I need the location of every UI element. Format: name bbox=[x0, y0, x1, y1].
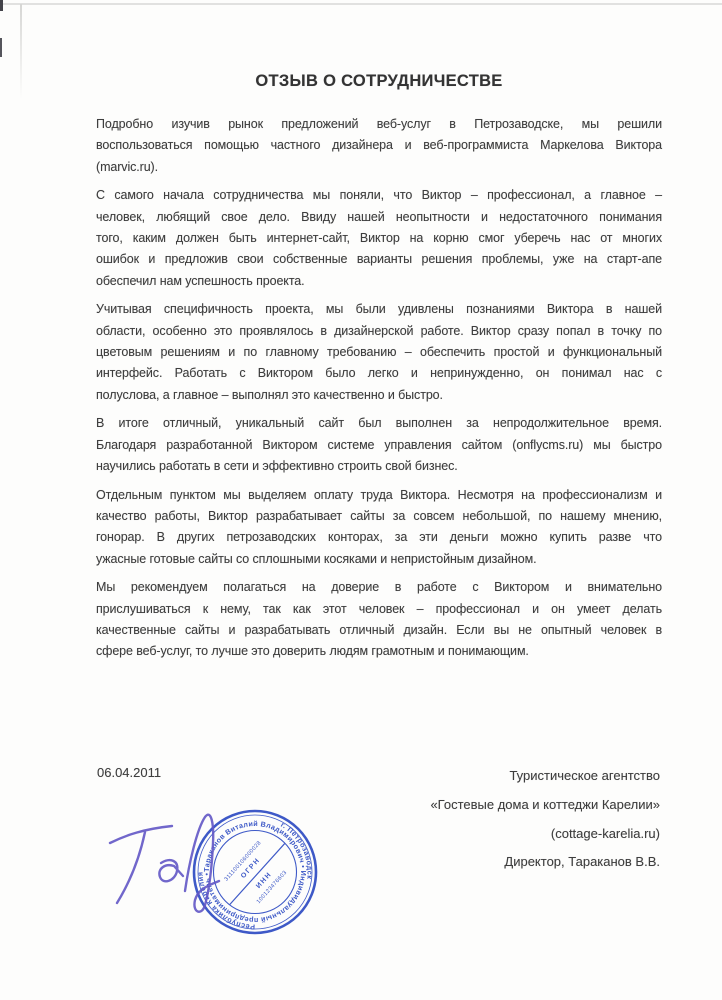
agency-site: (cottage-karelia.ru) bbox=[330, 820, 660, 849]
text-line: сфере веб-услуг, то лучше это доверить л… bbox=[96, 641, 662, 662]
text-line: ужасные готовые сайты со сплошными косяк… bbox=[96, 549, 662, 570]
text-line: Подробно изучив рынок предложений веб-ус… bbox=[96, 114, 662, 135]
text-line: цветовым решениям и по главному требован… bbox=[96, 342, 662, 363]
scan-artifact-speck bbox=[0, 0, 3, 11]
signature-ink bbox=[98, 806, 233, 924]
text-line: качественные сайты и разрабатывать отлич… bbox=[96, 620, 662, 641]
text-line: обеспечил нам успешность проекта. bbox=[96, 271, 662, 292]
paragraph: Отдельным пунктом мы выделяем оплату тру… bbox=[96, 485, 662, 570]
text-line: научились работать в сети и эффективно с… bbox=[96, 456, 662, 477]
paragraph: В итоге отличный, уникальный сайт был вы… bbox=[96, 413, 662, 477]
text-line: Мы рекомендуем полагаться на доверие в р… bbox=[96, 577, 662, 598]
agency-name: «Гостевые дома и коттеджи Карелии» bbox=[330, 791, 660, 820]
text-line: гонорар. В других петрозаводских контора… bbox=[96, 527, 662, 548]
scanned-letter-page: ОТЗЫВ О СОТРУДНИЧЕСТВЕ Подробно изучив р… bbox=[0, 0, 722, 1000]
text-line: качество работы, Виктор разрабатывает са… bbox=[96, 506, 662, 527]
letter-date: 06.04.2011 bbox=[97, 765, 161, 780]
paragraph: Подробно изучив рынок предложений веб-ус… bbox=[96, 114, 662, 178]
text-line: С самого начала сотрудничества мы поняли… bbox=[96, 185, 662, 206]
signature-stroke bbox=[185, 815, 219, 912]
text-line: Отдельным пунктом мы выделяем оплату тру… bbox=[96, 485, 662, 506]
text-line: В итоге отличный, уникальный сайт был вы… bbox=[96, 413, 662, 434]
text-line: прислушиваться к нему, так как этот чело… bbox=[96, 599, 662, 620]
paragraph: Учитывая специфичность проекта, мы были … bbox=[96, 299, 662, 405]
text-line: человек, любящий свое дело. Ввиду нашей … bbox=[96, 207, 662, 228]
text-line: Благодаря разработанной Виктором системе… bbox=[96, 435, 662, 456]
text-line: ошибок и предложив свои собственные вари… bbox=[96, 249, 662, 270]
paragraph: Мы рекомендуем полагаться на доверие в р… bbox=[96, 577, 662, 662]
text-line: того, каким должен быть интернет-сайт, В… bbox=[96, 228, 662, 249]
letter-title: ОТЗЫВ О СОТРУДНИЧЕСТВЕ bbox=[96, 72, 662, 91]
signoff-block: Туристическое агентство «Гостевые дома и… bbox=[330, 762, 660, 877]
signature-stroke bbox=[159, 860, 183, 881]
signature-stroke bbox=[110, 826, 172, 843]
stamp-divider-line bbox=[230, 844, 285, 905]
letter-body: Подробно изучив рынок предложений веб-ус… bbox=[96, 114, 662, 670]
scan-artifact-speck bbox=[0, 38, 2, 57]
text-line: области, особенно это проявлялось в диза… bbox=[96, 321, 662, 342]
signature-stroke bbox=[117, 832, 145, 903]
text-line: воспользоваться помощью частного дизайне… bbox=[96, 135, 662, 156]
text-line: (marvic.ru). bbox=[96, 157, 662, 178]
text-line: Учитывая специфичность проекта, мы были … bbox=[96, 299, 662, 320]
text-line: интерфейс. Работать с Виктором было легк… bbox=[96, 363, 662, 384]
text-line: полуслова, а главное – выполнял это каче… bbox=[96, 385, 662, 406]
scan-artifact-top-edge bbox=[0, 3, 722, 5]
scan-artifact-corner-line bbox=[20, 4, 22, 99]
paragraph: С самого начала сотрудничества мы поняли… bbox=[96, 185, 662, 291]
director-name: Директор, Тараканов В.В. bbox=[330, 848, 660, 877]
agency-type: Туристическое агентство bbox=[330, 762, 660, 791]
